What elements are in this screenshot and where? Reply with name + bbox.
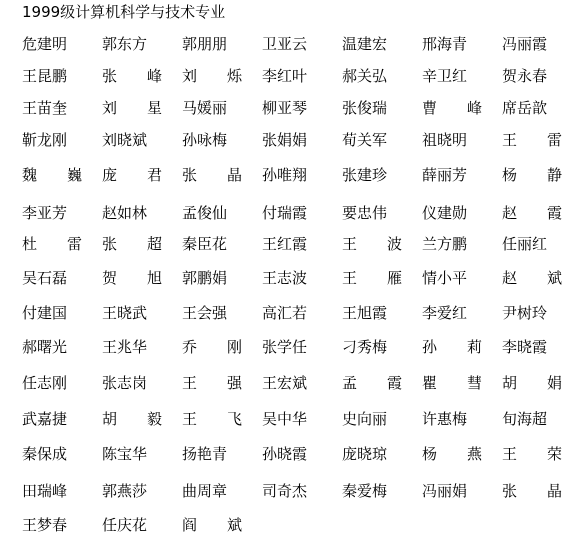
student-name: 王兆华 (102, 337, 166, 357)
student-name: 祖晓明 (422, 130, 486, 150)
student-name: 任庆花 (102, 515, 166, 535)
student-name: 辛卫红 (422, 66, 486, 86)
student-name: 胡娟 (502, 373, 562, 393)
student-name: 李爱红 (422, 303, 486, 323)
student-name: 刘烁 (182, 66, 242, 86)
student-name: 张娟娟 (262, 130, 326, 150)
student-name: 王旭霞 (342, 303, 406, 323)
student-name: 陈宝华 (102, 444, 166, 464)
student-name: 扬艳青 (182, 444, 246, 464)
student-name: 冯丽娟 (422, 481, 486, 501)
roster-row: 田瑞峰郭燕莎曲周章司奇杰秦爱梅冯丽娟张晶 (0, 481, 580, 501)
student-name: 吴石磊 (22, 268, 86, 288)
student-name: 付建国 (22, 303, 86, 323)
student-name: 张建珍 (342, 165, 406, 185)
student-name: 张晶 (182, 165, 242, 185)
student-name: 温建宏 (342, 34, 406, 54)
student-name: 郭鹏娟 (182, 268, 246, 288)
roster-row: 靳龙刚刘晓斌孙咏梅张娟娟荀关军祖晓明王雷 (0, 130, 580, 150)
student-name: 尹树玲 (502, 303, 566, 323)
student-name: 张超 (102, 234, 162, 254)
student-name: 乔刚 (182, 337, 242, 357)
student-name: 冯丽霞 (502, 34, 566, 54)
student-name: 要忠伟 (342, 203, 406, 223)
student-name: 王宏斌 (262, 373, 326, 393)
student-name: 胡毅 (102, 409, 162, 429)
student-name: 武嘉捷 (22, 409, 86, 429)
roster-row: 李亚芳赵如林孟俊仙付瑞霞要忠伟仪建勋赵霞 (0, 203, 580, 223)
student-name: 刁秀梅 (342, 337, 406, 357)
student-name: 秦爱梅 (342, 481, 406, 501)
student-name: 旬海超 (502, 409, 566, 429)
student-name: 席岳歆 (502, 98, 566, 118)
student-name: 司奇杰 (262, 481, 326, 501)
student-name: 王志波 (262, 268, 326, 288)
student-name: 庞君 (102, 165, 162, 185)
student-name: 贺永春 (502, 66, 566, 86)
student-name: 郝曙光 (22, 337, 86, 357)
student-name: 吴中华 (262, 409, 326, 429)
student-name: 史向丽 (342, 409, 406, 429)
student-name: 王雷 (502, 130, 562, 150)
student-name: 兰方鹏 (422, 234, 486, 254)
student-name: 王晓武 (102, 303, 166, 323)
student-name: 邢海青 (422, 34, 486, 54)
student-name: 刘晓斌 (102, 130, 166, 150)
student-name: 王昆鹏 (22, 66, 86, 86)
student-name: 曲周章 (182, 481, 246, 501)
student-name: 刘星 (102, 98, 162, 118)
student-name: 李红叶 (262, 66, 326, 86)
student-name: 孟俊仙 (182, 203, 246, 223)
student-name: 卫亚云 (262, 34, 326, 54)
roster-row: 危建明郭东方郭朋朋卫亚云温建宏邢海青冯丽霞 (0, 34, 580, 54)
roster-row: 王梦春任庆花阎斌 (0, 515, 580, 535)
roster-row: 王苗奎刘星马媛丽柳亚琴张俊瑞曹峰席岳歆 (0, 98, 580, 118)
student-name: 瞿彗 (422, 373, 482, 393)
student-name: 孙唯翔 (262, 165, 326, 185)
student-name: 赵斌 (502, 268, 562, 288)
student-name: 张俊瑞 (342, 98, 406, 118)
student-name: 薛丽芳 (422, 165, 486, 185)
student-name: 孟霞 (342, 373, 402, 393)
student-name: 王雁 (342, 268, 402, 288)
student-name: 付瑞霞 (262, 203, 326, 223)
student-name: 郭燕莎 (102, 481, 166, 501)
student-name: 王梦春 (22, 515, 86, 535)
student-name: 秦臣花 (182, 234, 246, 254)
roster-row: 付建国王晓武王会强高汇若王旭霞李爱红尹树玲 (0, 303, 580, 323)
student-name: 孙晓霞 (262, 444, 326, 464)
roster-row: 武嘉捷胡毅王飞吴中华史向丽许惠梅旬海超 (0, 409, 580, 429)
student-name: 靳龙刚 (22, 130, 86, 150)
student-name: 曹峰 (422, 98, 482, 118)
student-name: 孙莉 (422, 337, 482, 357)
student-name: 杜雷 (22, 234, 82, 254)
student-name: 王波 (342, 234, 402, 254)
roster-row: 魏巍庞君张晶孙唯翔张建珍薛丽芳杨静 (0, 165, 580, 185)
student-name: 许惠梅 (422, 409, 486, 429)
student-name: 张峰 (102, 66, 162, 86)
student-name: 庞晓琼 (342, 444, 406, 464)
student-name: 王强 (182, 373, 242, 393)
student-name: 赵如林 (102, 203, 166, 223)
student-name: 郝关弘 (342, 66, 406, 86)
student-name: 柳亚琴 (262, 98, 326, 118)
roster-row: 杜雷张超秦臣花王红霞王波兰方鹏任丽红 (0, 234, 580, 254)
student-name: 李亚芳 (22, 203, 86, 223)
student-name: 荀关军 (342, 130, 406, 150)
student-name: 王飞 (182, 409, 242, 429)
roster-row: 郝曙光王兆华乔刚张学任刁秀梅孙莉李晓霞 (0, 337, 580, 357)
roster-row: 吴石磊贺旭郭鹏娟王志波王雁情小平赵斌 (0, 268, 580, 288)
student-name: 危建明 (22, 34, 86, 54)
student-name: 张志岗 (102, 373, 166, 393)
roster-row: 任志刚张志岗王强王宏斌孟霞瞿彗胡娟 (0, 373, 580, 393)
student-name: 任志刚 (22, 373, 86, 393)
student-name: 郭朋朋 (182, 34, 246, 54)
student-name: 阎斌 (182, 515, 242, 535)
student-name: 贺旭 (102, 268, 162, 288)
student-name: 仪建勋 (422, 203, 486, 223)
student-name: 李晓霞 (502, 337, 566, 357)
student-name: 秦保成 (22, 444, 86, 464)
student-name: 杨燕 (422, 444, 482, 464)
student-name: 王会强 (182, 303, 246, 323)
student-name: 张晶 (502, 481, 562, 501)
roster-row: 秦保成陈宝华扬艳青孙晓霞庞晓琼杨燕王荣 (0, 444, 580, 464)
student-name: 王红霞 (262, 234, 326, 254)
student-name: 孙咏梅 (182, 130, 246, 150)
student-name: 郭东方 (102, 34, 166, 54)
student-name: 赵霞 (502, 203, 562, 223)
student-name: 张学任 (262, 337, 326, 357)
student-name: 王荣 (502, 444, 562, 464)
student-name: 情小平 (422, 268, 486, 288)
student-name: 杨静 (502, 165, 562, 185)
student-name: 任丽红 (502, 234, 566, 254)
student-name: 马媛丽 (182, 98, 246, 118)
student-name: 王苗奎 (22, 98, 86, 118)
student-name: 田瑞峰 (22, 481, 86, 501)
page-title: 1999级计算机科学与技术专业 (22, 3, 225, 21)
roster-row: 王昆鹏张峰刘烁李红叶郝关弘辛卫红贺永春 (0, 66, 580, 86)
student-name: 高汇若 (262, 303, 326, 323)
student-name: 魏巍 (22, 165, 82, 185)
